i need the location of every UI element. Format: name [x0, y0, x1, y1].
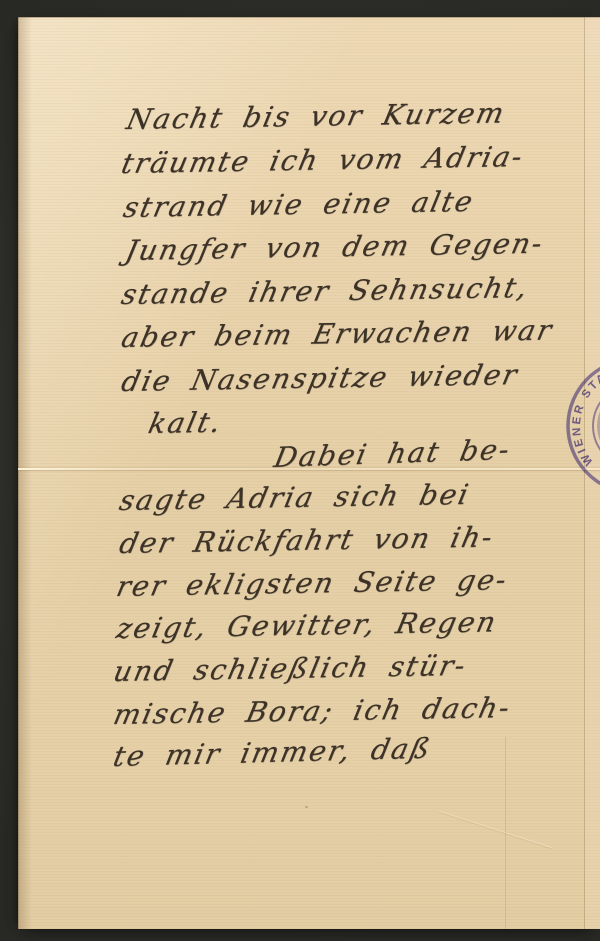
handwritten-line: die Nasenspitze wieder [117, 358, 522, 405]
handwritten-line: kalt. [144, 406, 226, 447]
handwritten-line: Jungfer von dem Gegen- [121, 227, 547, 274]
handwritten-text-block: Nacht bis vor Kurzem träumte ich vom Adr… [18, 17, 600, 929]
letter-page: Nacht bis vor Kurzem träumte ich vom Adr… [18, 17, 600, 929]
handwritten-line: strand wie eine alte [119, 185, 477, 231]
handwritten-line: rer ekligsten Seite ge- [112, 563, 511, 610]
handwritten-line: träumte ich vom Adria- [117, 140, 527, 187]
handwritten-line: und schließlich stür- [109, 649, 470, 695]
handwritten-line: aber beim Erwachen war [117, 314, 556, 361]
scan-background: Nacht bis vor Kurzem träumte ich vom Adr… [0, 0, 600, 941]
handwritten-line: sagte Adria sich bei [115, 478, 473, 524]
handwritten-line: der Rückfahrt von ih- [115, 521, 497, 567]
handwritten-line: Dabei hat be- [270, 433, 514, 481]
handwritten-line: te mir immer, daß [109, 732, 435, 780]
handwritten-line: zeigt, Gewitter, Regen [112, 605, 500, 652]
handwritten-line: stande ihrer Sehnsucht, [117, 271, 532, 318]
handwritten-line: mische Bora; ich dach- [109, 691, 514, 738]
handwritten-line: Nacht bis vor Kurzem [122, 96, 509, 143]
